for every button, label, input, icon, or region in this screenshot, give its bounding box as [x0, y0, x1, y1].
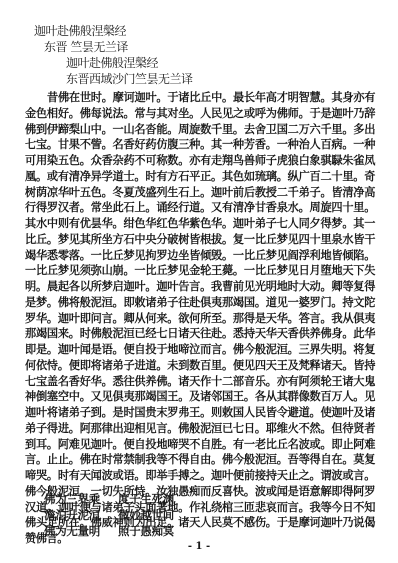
- translator-line: 东晋 竺昙无兰译: [44, 40, 128, 55]
- body-paragraph: 昔佛在世时。摩诃迦叶。于诸比丘中。最长年高才明智慧。其身亦有金色相好。佛每说法。…: [25, 90, 375, 547]
- page-number: - 1 -: [0, 541, 398, 552]
- verse-second-half: 照于愚痴冥: [118, 524, 174, 538]
- verse-first-half: 佛为无量明: [44, 523, 118, 539]
- document-page: 迦叶赴佛般涅槃经 东晋 竺昙无兰译 迦叶赴佛般涅槃经 东晋西域沙门竺昙无兰译 昔…: [0, 0, 398, 563]
- sutra-title: 迦叶赴佛般涅槃经: [34, 24, 126, 39]
- verse-second-half: 度于生死渊: [118, 492, 174, 506]
- inner-translator-line: 东晋西域沙门竺昙无兰译: [66, 72, 193, 87]
- verse-first-half: 佛为三界乘: [44, 491, 118, 507]
- verse-line: 佛为无量明照于愚痴冥: [44, 523, 174, 539]
- verse-second-half: 微妙越世间: [118, 508, 174, 522]
- verse-line: 澹泊升泥洹微妙越世间: [44, 507, 174, 523]
- inner-sutra-title: 迦叶赴佛般涅槃经: [66, 56, 158, 71]
- verse-first-half: 澹泊升泥洹: [44, 507, 118, 523]
- verse-line: 佛为三界乘度于生死渊: [44, 491, 174, 507]
